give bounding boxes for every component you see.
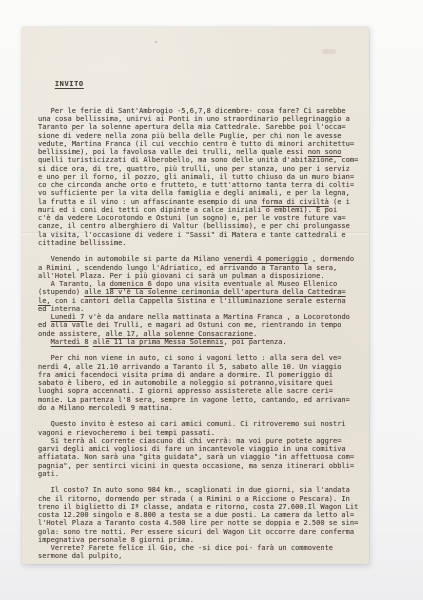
paragraph-block: Per chi non viene in auto, ci sono i vag…	[38, 354, 368, 412]
text-line: sermone dal pulpito,	[38, 552, 368, 560]
text-line: le, con i cantori della Cappella Sistina…	[38, 297, 368, 305]
text-line: luoghi sopra accennati. I giorni appress…	[38, 387, 368, 395]
paragraph-block: Questo invito è esteso ai cari amici com…	[38, 420, 368, 478]
text-line: una cosa bellissima, unirvi ai Ponti in …	[38, 115, 368, 123]
scanned-letter-paper: INVITO Per le ferie di Sant'Ambrogio -5,…	[22, 27, 369, 564]
text-line: Venendo in automobile si parte da Milano…	[38, 255, 368, 263]
text-line: c'è da vedere Locorotondo e Ostuni (un s…	[38, 214, 368, 222]
text-line: ed interna.	[38, 305, 368, 313]
text-line: fra amici facendoci visita prima di anda…	[38, 371, 368, 379]
text-line: monie. La partenza l'8 sera, sempre in v…	[38, 396, 368, 404]
text-line: Il costo? In auto sono 984 km., scaglion…	[38, 486, 368, 494]
text-line: si dice ora, di tre, quattro, più trulli…	[38, 165, 368, 173]
text-line: la frutta e il vino : un affascinante es…	[38, 198, 368, 206]
text-line: treno il biglietto di Iª classe, andata …	[38, 503, 368, 511]
text-line: canze, il centro alberghiero di Valtur (…	[38, 222, 368, 230]
text-line: a Rimini , scendendo lungo l'Adriatico, …	[38, 264, 368, 272]
text-line: sabato è libero, ed in automobile a nole…	[38, 379, 368, 387]
text-line: sione di vedere nella zona più bella del…	[38, 132, 368, 140]
text-line: quelli turisticizzati di Alberobello, ma…	[38, 156, 368, 164]
paper-speck	[155, 41, 157, 43]
text-line: impegnativa personale 8 giorni prima.	[38, 536, 368, 544]
text-line: Questo invito è esteso ai cari amici com…	[38, 420, 368, 428]
text-line: pagnia", per sentirci vicini in questa o…	[38, 462, 368, 470]
text-line: e uno per il forno, il pozzo, gli animal…	[38, 173, 368, 181]
text-line: Lunedì 7 v'è da andare nella mattinata a…	[38, 313, 368, 321]
page-background: { "page": { "background_color": "#fafaf9…	[0, 0, 423, 600]
text-line: Per le ferie di Sant'Ambrogio -5,6,7,8 d…	[38, 107, 368, 115]
text-line: vagoni e rievocheremo i bei tempi passat…	[38, 429, 368, 437]
text-line: Martedì 8 alle 11 la prima Messa Solemni…	[38, 338, 368, 346]
text-line: Si terrà al corrente ciascuno di chi ver…	[38, 437, 368, 445]
text-line: vedute, Martina Franca (il cui vecchio c…	[38, 140, 368, 148]
text-line: affiatata. Non sarà una "gita guidata", …	[38, 453, 368, 461]
document-title: INVITO	[55, 80, 84, 88]
text-line: la visita, l'occasione di vedere i "Sass…	[38, 231, 368, 239]
text-line: vo sufficiente per la vita della famigli…	[38, 189, 368, 197]
text-line: gati.	[38, 470, 368, 478]
text-line: ed alla valle dei Trulli, e magari ad Os…	[38, 321, 368, 329]
text-line: gola: sono tre notti. Per essere sicuri …	[38, 528, 368, 536]
text-line: garvi degli amici vogliosi di fare un in…	[38, 445, 368, 453]
text-line: muri ed i coni dei tetti con dipinte a c…	[38, 206, 368, 214]
document-body: Per le ferie di Sant'Ambrogio -5,6,7,8 d…	[38, 107, 368, 561]
text-line: co che circonda anche orto e frutteto, e…	[38, 181, 368, 189]
text-line: nerdì 4, alle 21.10 arrivando a Taranto …	[38, 363, 368, 371]
text-line: cittadine bellissime.	[38, 239, 368, 247]
paragraph-block: Per le ferie di Sant'Ambrogio -5,6,7,8 d…	[38, 107, 368, 247]
paragraph-block: Il costo? In auto sono 984 km., scaglion…	[38, 486, 368, 560]
text-line: costa 12.200 singolo e 8.800 a testa se …	[38, 511, 368, 519]
text-line: do a Milano mercoledì 9 mattina.	[38, 404, 368, 412]
text-line: (stupendo) alle 18 v'è la solenne cerimo…	[38, 288, 368, 296]
text-line: l'Hotel Plaza a Taranto costa 4.500 lire…	[38, 519, 368, 527]
text-line: Taranto per la solenne apertura della mi…	[38, 123, 368, 131]
text-line: che il ritorno, dormendo per strada ( a …	[38, 495, 368, 503]
text-line: all'Hotel Plaza. Per i più giovani ci sa…	[38, 272, 368, 280]
paper-smudge	[322, 49, 336, 54]
letter-text-column: INVITO Per le ferie di Sant'Ambrogio -5,…	[38, 72, 368, 564]
text-line: bellissime), poi la favolosa valle dei t…	[38, 148, 368, 156]
text-line: Verrete? Farete felice il Gio, che -si d…	[38, 544, 368, 552]
text-line: onde assistere, alle 17, alla solenne Co…	[38, 330, 368, 338]
paragraph-block: Venendo in automobile si parte da Milano…	[38, 255, 368, 346]
text-line: Per chi non viene in auto, ci sono i vag…	[38, 354, 368, 362]
text-line: A Taranto, la domenica 6 dopo una visita…	[38, 280, 368, 288]
